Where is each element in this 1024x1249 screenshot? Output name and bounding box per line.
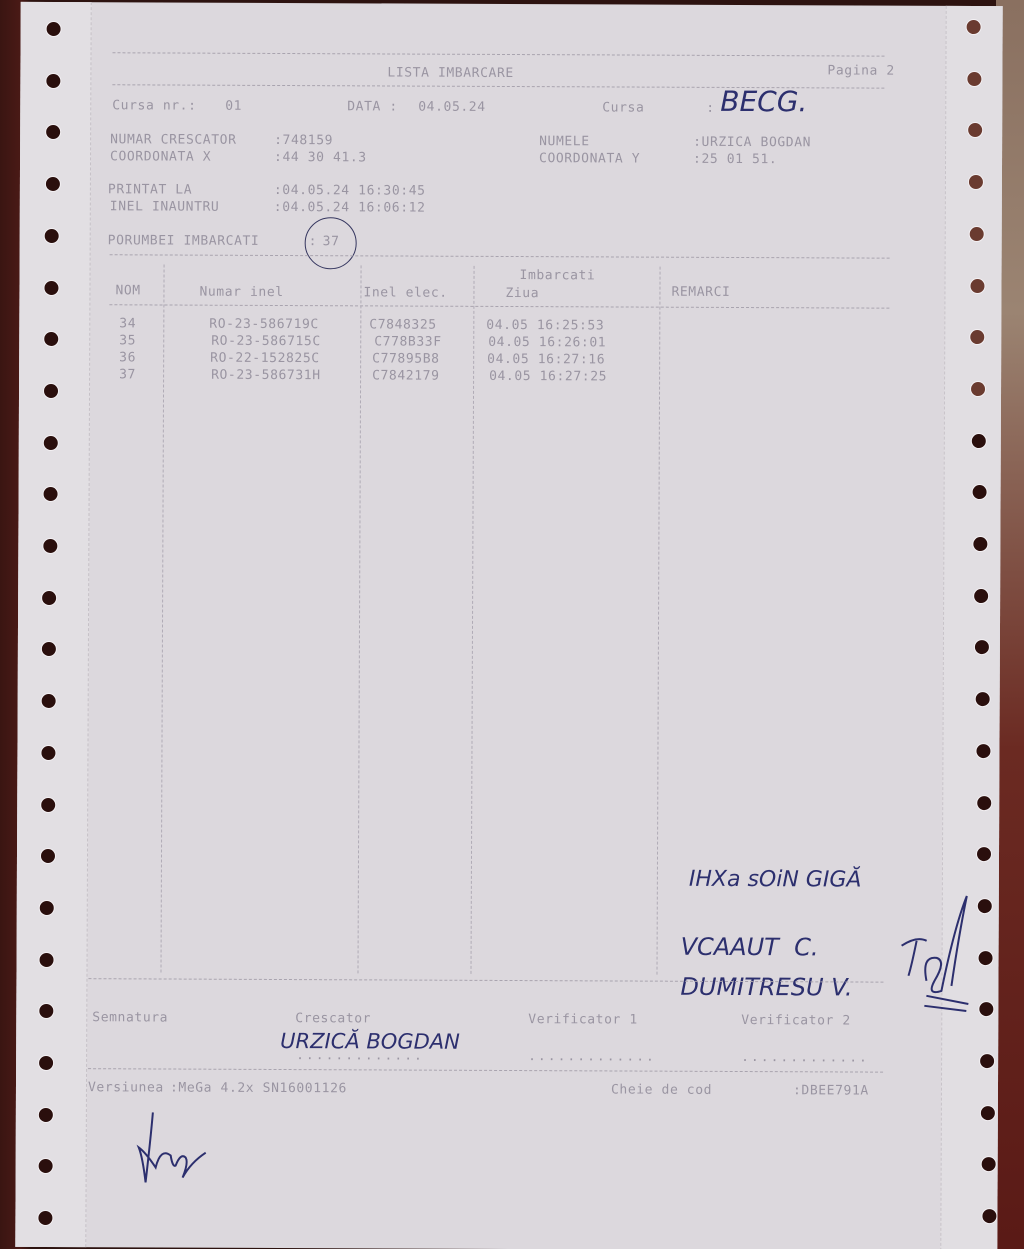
race-number-label: Cursa nr.:: [112, 98, 196, 113]
feed-hole: [969, 175, 983, 189]
feed-hole: [969, 227, 983, 241]
coord-y: :25 01 51.: [693, 152, 777, 167]
col-ring: Numar inel: [199, 285, 283, 300]
breeder-number-label: NUMAR CRESCATOR: [110, 132, 236, 148]
feed-hole: [41, 746, 55, 760]
date-label: DATA :: [347, 99, 398, 114]
feed-hole: [39, 1108, 53, 1122]
feed-hole: [38, 1159, 52, 1173]
race-colon: :: [706, 101, 715, 116]
cell-nom: 36: [119, 350, 136, 365]
race-number: 01: [225, 99, 242, 114]
feed-hole: [975, 692, 989, 706]
col-remarks: REMARCI: [671, 285, 730, 300]
verifier2-signature-line: .............: [741, 1050, 869, 1066]
feed-hole: [977, 796, 991, 810]
ring-in: :04.05.24 16:06:12: [274, 200, 426, 216]
cell-day: 04.05 16:27:16: [487, 352, 605, 368]
feed-hole: [43, 539, 57, 553]
printed-at-label: PRINTAT LA: [108, 182, 192, 197]
verifier-signature-scribble: [896, 886, 977, 1016]
feed-hole: [967, 72, 981, 86]
code-key-value: :DBEE791A: [793, 1083, 869, 1098]
feed-hole: [41, 797, 55, 811]
feed-hole: [41, 849, 55, 863]
handwritten-note-1: IHXa sOiN GIGĂ: [689, 867, 862, 893]
cell-day: 04.05 16:26:01: [488, 335, 606, 351]
cell-nom: 37: [119, 367, 136, 382]
race-label: Cursa: [602, 100, 644, 115]
handwritten-note-2: VCAAUT C.: [681, 933, 819, 962]
cell-day: 04.05 16:25:53: [486, 318, 604, 334]
verifier1-signature-line: .............: [528, 1049, 656, 1065]
breeder-name: :URZICA BOGDAN: [693, 135, 811, 151]
col-elec: Inel elec.: [363, 285, 447, 300]
table-top-divider: [110, 254, 890, 258]
feed-hole: [46, 74, 60, 88]
page-title: LISTA IMBARCARE: [387, 65, 513, 81]
feed-hole: [40, 953, 54, 967]
cell-nom: 35: [119, 333, 136, 348]
breeder-signature-label: Crescator: [295, 1011, 371, 1026]
feed-hole: [45, 280, 59, 294]
feed-holes-right: [21, 2, 1003, 6]
handwritten-note-3: DUMITRESU V.: [680, 973, 852, 1002]
table-header-divider: [109, 304, 889, 308]
feed-hole: [973, 537, 987, 551]
pen-circle-mark: [305, 217, 357, 269]
cell-elec: C7848325: [369, 317, 436, 332]
table-row: 37 RO-23-586731H C7842179 04.05 16:27:25: [19, 367, 1001, 388]
feed-hole: [976, 744, 990, 758]
feed-hole: [967, 20, 981, 34]
code-key-label: Cheie de cod: [611, 1082, 712, 1097]
initials-signature: [131, 1107, 221, 1197]
feed-hole: [43, 487, 57, 501]
feed-hole: [39, 1056, 53, 1070]
cell-elec: C77895B8: [372, 351, 439, 366]
feed-hole: [980, 1054, 994, 1068]
feed-hole: [982, 1209, 996, 1223]
date-value: 04.05.24: [418, 100, 485, 115]
breeder-name-label: NUMELE: [539, 134, 590, 149]
cell-ring: RO-22-152825C: [210, 351, 320, 366]
feed-hole: [981, 1106, 995, 1120]
feed-hole: [979, 951, 993, 965]
feed-hole: [45, 177, 59, 191]
table-body: 34 RO-23-586719C C7848325 04.05 16:25:53…: [19, 316, 1001, 320]
col-embarked-group: Imbarcati: [519, 268, 595, 283]
printed-at: :04.05.24 16:30:45: [274, 183, 426, 199]
coord-x: :44 30 41.3: [274, 150, 367, 165]
col-nom: NOM: [115, 283, 140, 298]
printout-sheet: LISTA IMBARCARE Pagina 2 Cursa nr.: 01 D…: [15, 2, 1002, 1249]
cell-ring: RO-23-586719C: [209, 317, 319, 332]
signature-label: Semnatura: [92, 1010, 168, 1025]
feed-hole: [44, 384, 58, 398]
feed-hole: [44, 436, 58, 450]
race-handwritten: BECG.: [720, 85, 807, 118]
feed-hole: [970, 279, 984, 293]
pigeons-embarked-label: PORUMBEI IMBARCATI: [108, 233, 260, 249]
cell-elec: C778B33F: [374, 334, 441, 349]
cell-day: 04.05 16:27:25: [489, 369, 607, 385]
breeder-signature-line: .............: [296, 1048, 424, 1064]
feed-hole: [47, 22, 61, 36]
verifier2-label: Verificator 2: [741, 1013, 851, 1028]
col-day: Ziua: [505, 286, 539, 301]
cell-nom: 34: [119, 316, 136, 331]
cell-elec: C7842179: [372, 368, 439, 383]
coord-x-label: COORDONATA X: [110, 149, 211, 164]
version-label: Versiunea: [88, 1080, 164, 1095]
divider: [112, 52, 884, 56]
feed-hole: [974, 589, 988, 603]
cell-ring: RO-23-586715C: [211, 334, 321, 349]
feed-hole: [972, 434, 986, 448]
breeder-number: :748159: [274, 133, 333, 148]
feed-hole: [42, 591, 56, 605]
version-value: :MeGa 4.2x SN16001126: [170, 1081, 347, 1097]
ring-in-label: INEL INAUNTRU: [110, 199, 220, 214]
footer-divider: [88, 1068, 883, 1072]
cell-ring: RO-23-586731H: [211, 368, 321, 383]
page-number: Pagina 2: [827, 63, 894, 78]
feed-holes-left: [21, 2, 1003, 6]
verifier1-label: Verificator 1: [528, 1012, 638, 1027]
coord-y-label: COORDONATA Y: [539, 151, 640, 166]
feed-hole: [38, 1211, 52, 1225]
